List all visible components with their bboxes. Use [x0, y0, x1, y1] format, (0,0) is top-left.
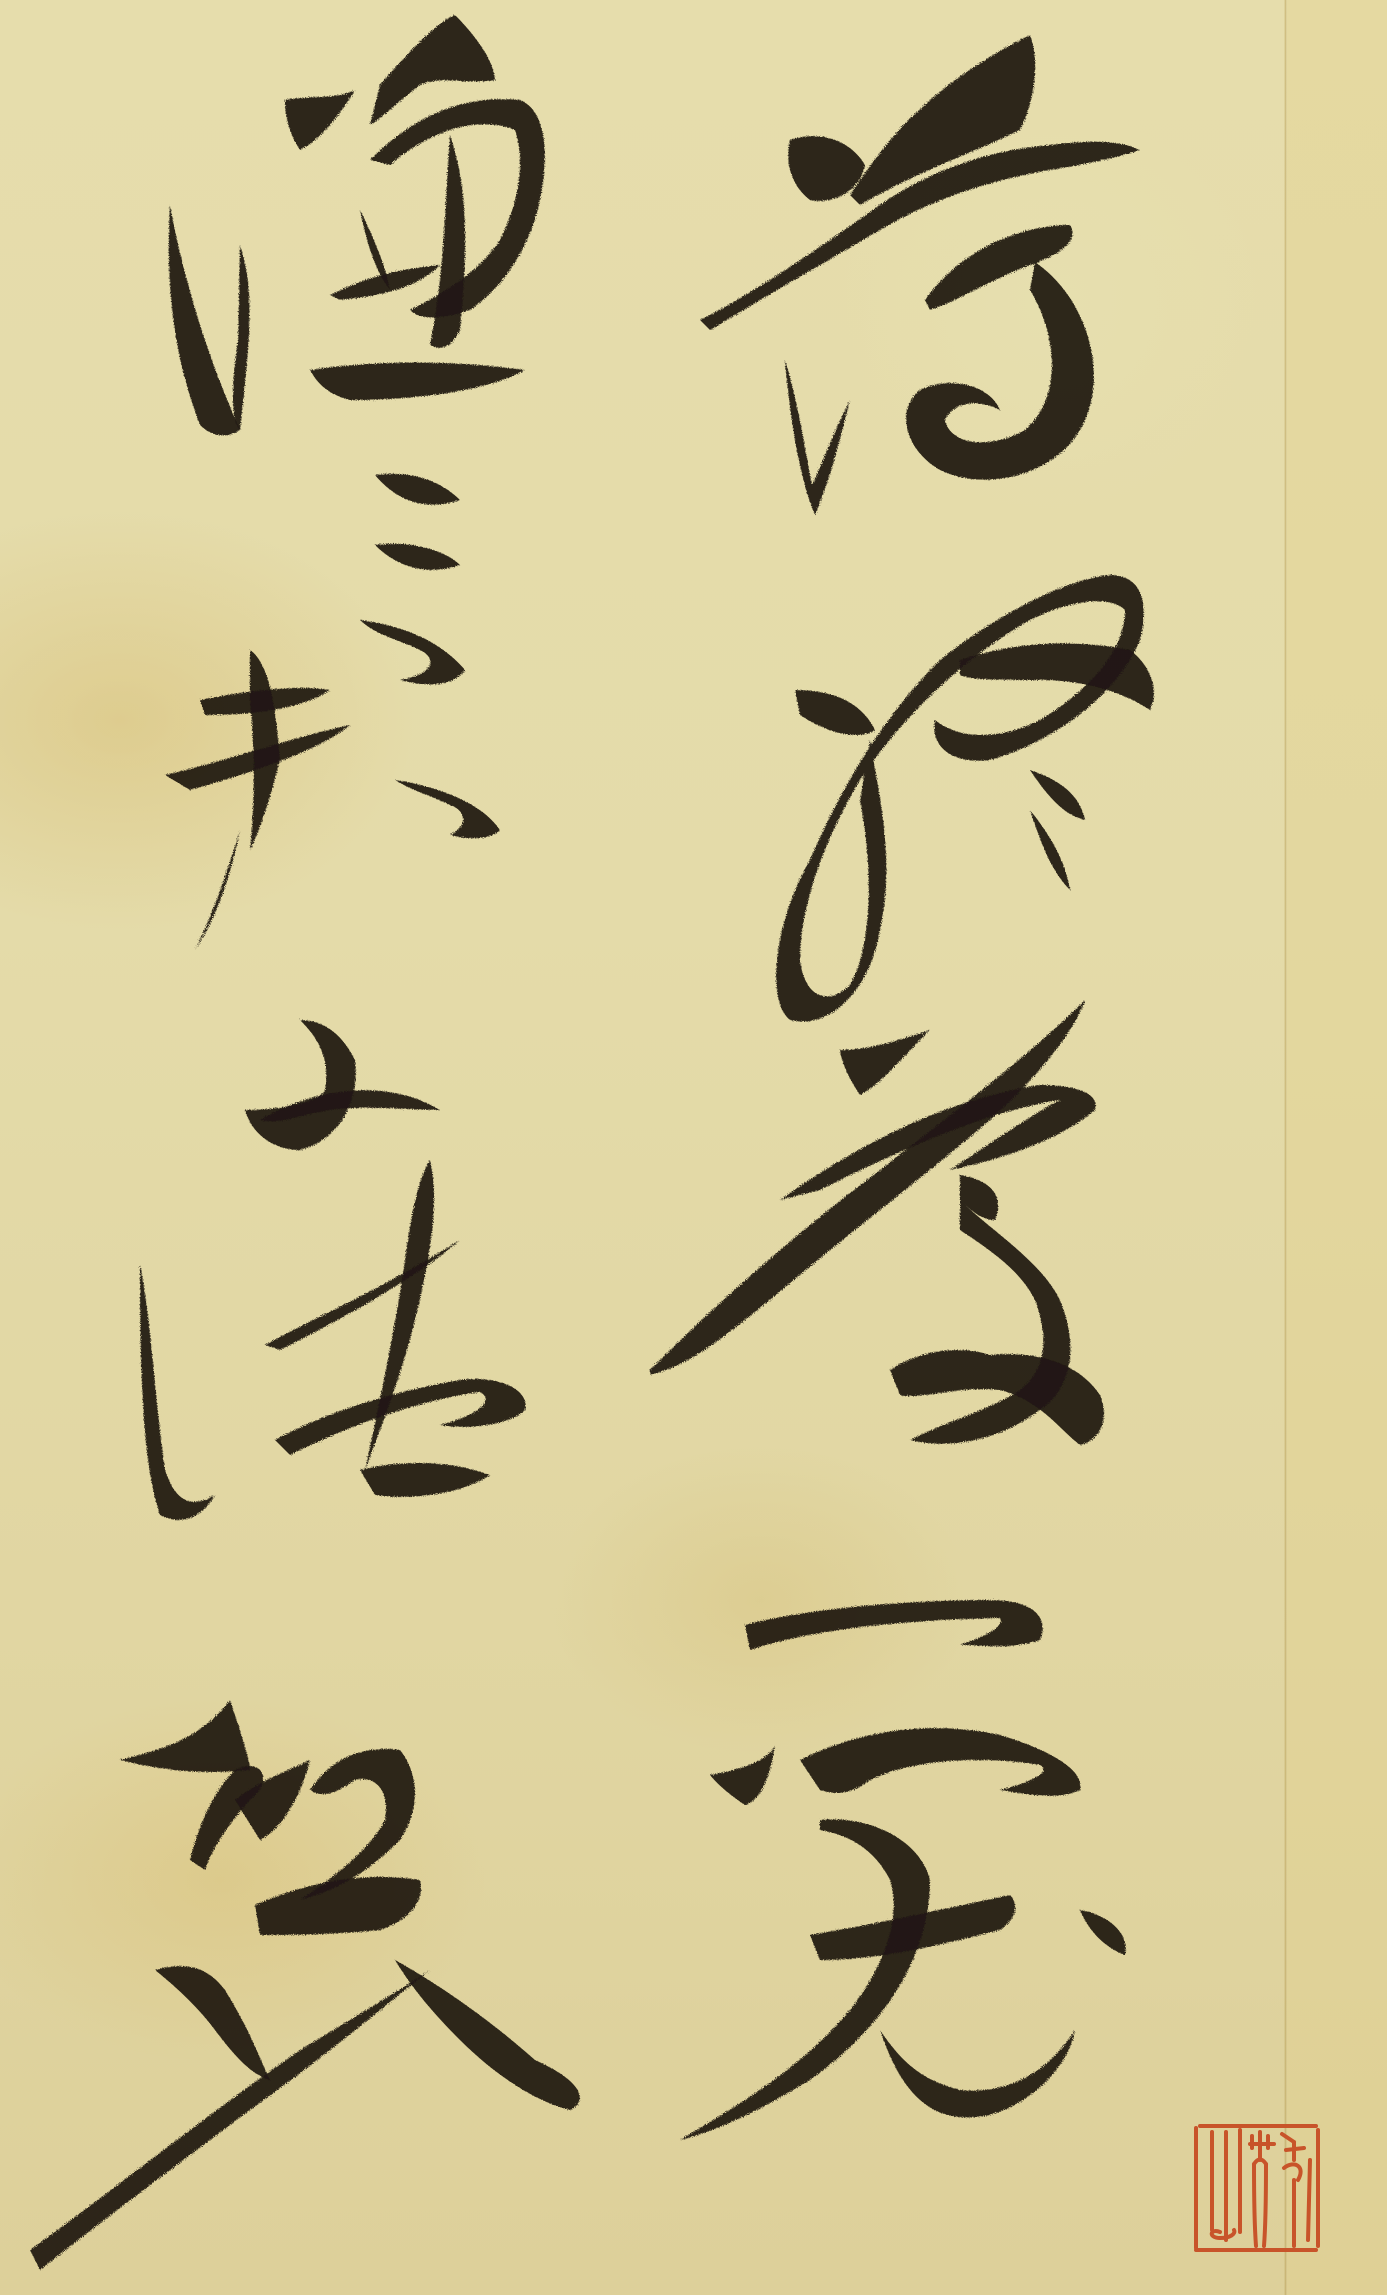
brush-stroke	[155, 1966, 270, 2080]
right-column-characters	[650, 35, 1154, 2140]
brush-stroke	[1030, 770, 1085, 820]
brush-stroke	[250, 650, 280, 850]
brush-stroke	[275, 1379, 526, 1455]
brush-stroke	[776, 575, 1144, 1022]
brush-stroke	[285, 90, 355, 150]
brush-stroke	[785, 360, 850, 515]
brush-stroke	[710, 1745, 775, 1805]
brush-stroke	[800, 1728, 1080, 1796]
brush-stroke	[140, 1265, 215, 1520]
brush-stroke	[395, 780, 500, 838]
brush-stroke	[360, 1463, 490, 1497]
brush-stroke	[375, 474, 460, 505]
brush-stroke	[360, 620, 465, 684]
brush-stroke	[300, 1749, 415, 1900]
brush-stroke	[1030, 810, 1070, 890]
brush-stroke	[169, 205, 240, 435]
brush-stroke	[310, 363, 525, 401]
red-seal-stamp	[1190, 2120, 1324, 2258]
brush-stroke	[745, 1600, 1043, 1650]
brush-stroke	[195, 830, 240, 950]
left-column-characters	[30, 15, 580, 2270]
brush-stroke	[795, 690, 875, 735]
brush-stroke	[840, 1030, 930, 1095]
calligraphy-scroll: Chinese cursive-script (caoshu) calligra…	[0, 0, 1387, 2295]
brush-stroke	[880, 2030, 1075, 2117]
brush-stroke	[255, 1877, 421, 1935]
brush-stroke	[395, 1960, 580, 2110]
brush-stroke	[260, 1090, 440, 1121]
brush-stroke	[680, 1819, 930, 2140]
brush-stroke	[430, 135, 465, 348]
brush-stroke	[265, 1240, 460, 1350]
brush-stroke	[245, 1020, 356, 1150]
brush-stroke	[365, 1160, 434, 1470]
brush-stroke	[375, 544, 460, 570]
brush-stroke	[1080, 1910, 1126, 1955]
ink-strokes	[0, 0, 1387, 2295]
brush-stroke	[960, 643, 1154, 710]
brush-stroke	[233, 245, 249, 430]
brush-stroke	[120, 1700, 250, 1772]
